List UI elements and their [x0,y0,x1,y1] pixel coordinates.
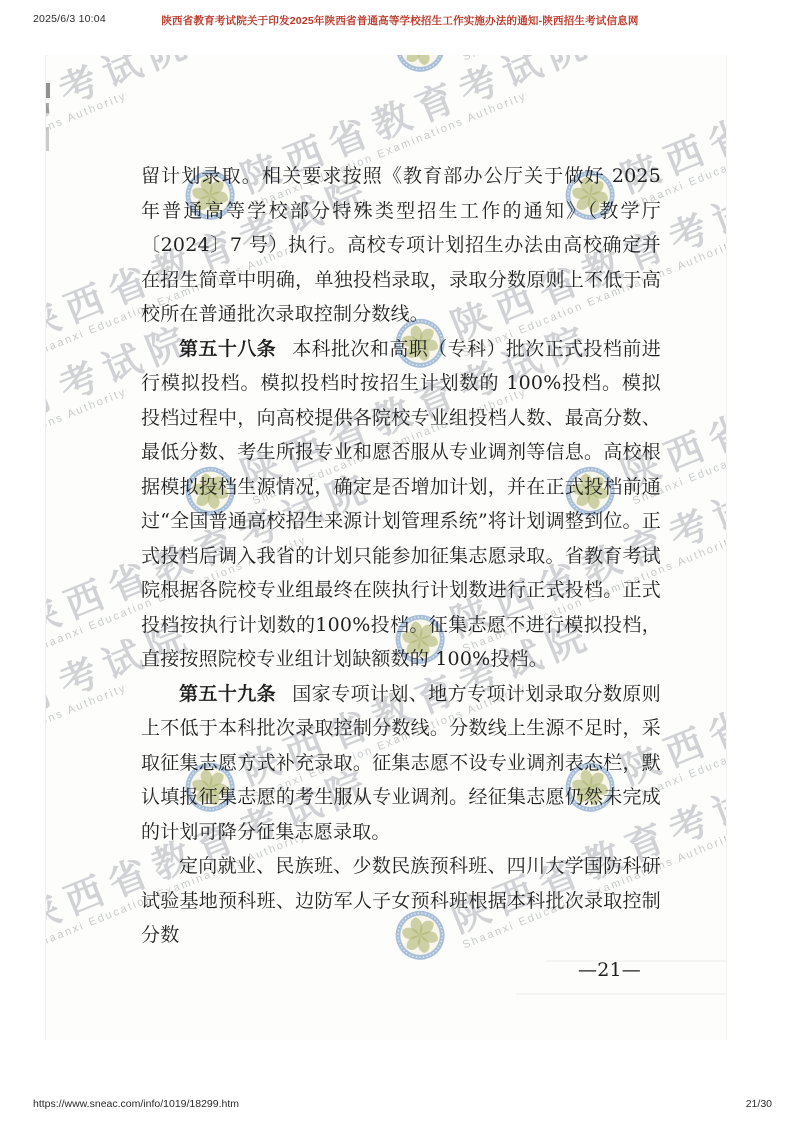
watermark-texts: 陕西省教育考试院Shaanxi Education Examinations A… [45,55,384,63]
watermark-text-en: Shaanxi Education Examinations Authority [461,55,727,63]
scan-artifact [46,103,49,113]
watermark-unit: 陕西省教育考试院Shaanxi Education Examinations A… [384,55,727,87]
document-paragraph: 第五十八条本科批次和高职（专科）批次正式投档前进行模拟投档。模拟投档时按招生计划… [141,332,661,677]
document-page: 陕西省教育考试院Shaanxi Education Examinations A… [45,55,727,1040]
clause-heading: 第五十八条 [179,338,276,360]
document-content: 留计划录取。相关要求按照《教育部办公厅关于做好 2025 年普通高等学校部分特殊… [141,159,661,987]
page-root: { "header": { "datetime": "2025/6/3 10:0… [0,0,800,1132]
clause-heading: 第五十九条 [179,683,276,705]
scan-artifact [516,993,726,995]
scan-artifact [46,83,50,98]
document-paragraph: 第五十九条国家专项计划、地方专项计划录取分数原则上不低于本科批次录取控制分数线。… [141,677,661,850]
footer-url: https://www.sneac.com/info/1019/18299.ht… [33,1098,239,1110]
document-paragraph: 定向就业、民族班、少数民族预科班、四川大学国防科研试验基地预科班、边防军人子女预… [141,849,661,953]
document-paragraph: 留计划录取。相关要求按照《教育部办公厅关于做好 2025 年普通高等学校部分特殊… [141,159,661,332]
watermark-text-en: Shaanxi Education Examinations Authority [45,55,384,63]
watermark-unit: 陕西省教育考试院Shaanxi Education Examinations A… [45,55,384,87]
eea-pinwheel-logo-icon [386,55,454,81]
footer-page-indicator: 21/30 [746,1098,772,1110]
scan-artifact [46,127,49,151]
page-number: —21— [141,953,661,988]
document-body: 留计划录取。相关要求按照《教育部办公厅关于做好 2025 年普通高等学校部分特殊… [141,159,661,953]
header-title: 陕西省教育考试院关于印发2025年陕西省普通高等学校招生工作实施办法的通知-陕西… [0,13,800,28]
watermark-texts: 陕西省教育考试院Shaanxi Education Examinations A… [441,55,727,63]
